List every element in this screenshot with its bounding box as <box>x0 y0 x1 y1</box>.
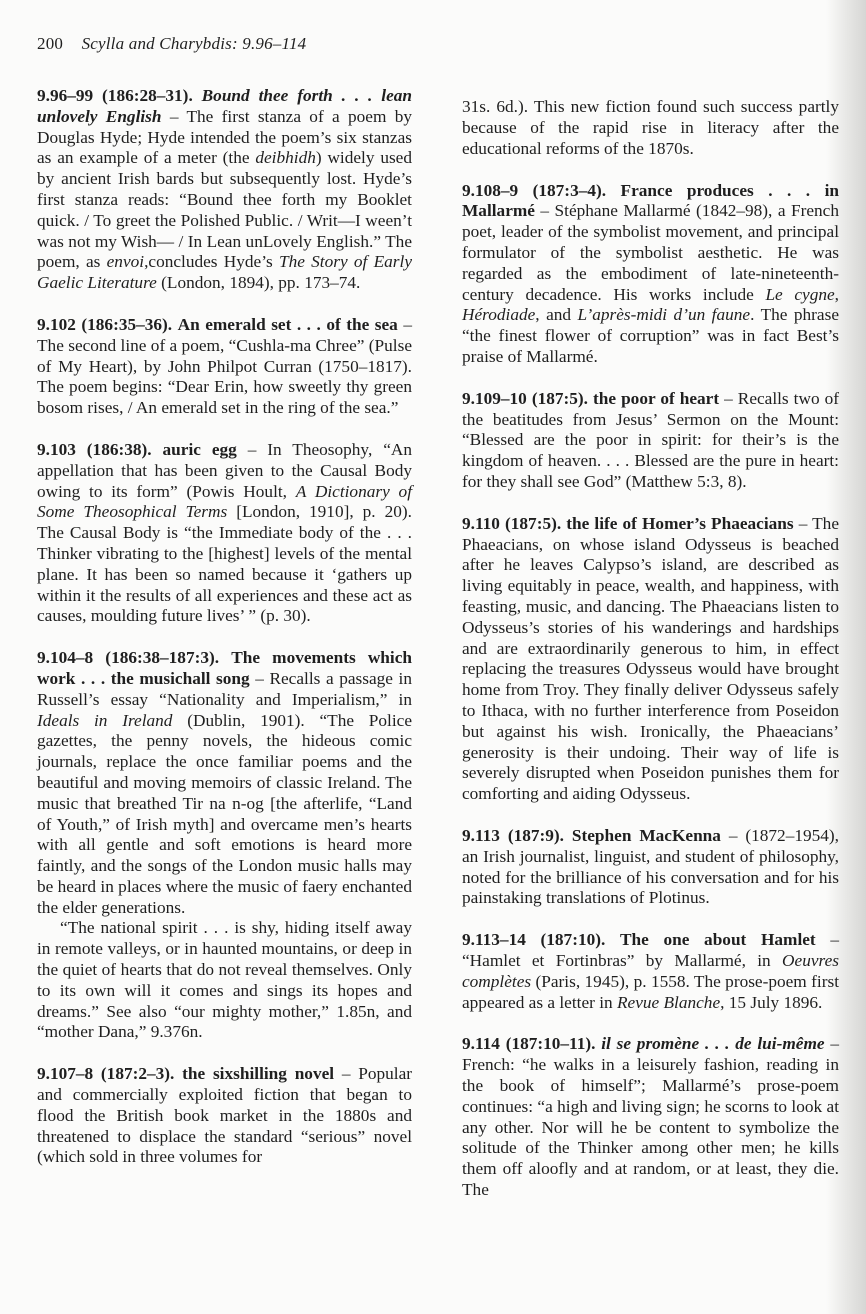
chapter-title: Scylla and Charybdis: 9.96–114 <box>82 34 307 53</box>
gloss-italic: envoi <box>107 252 144 271</box>
lemma: the poor of heart <box>593 389 719 408</box>
continued-text: 31s. 6d.). This new fiction found such s… <box>462 97 839 159</box>
gloss-text: – The Phaeacians, on whose island Odysse… <box>462 514 839 803</box>
annotation-entry: 9.108–9 (187:3–4). France produces . . .… <box>462 181 839 368</box>
annotation-entry: 9.107–8 (187:2–3). the sixshilling novel… <box>37 1064 412 1168</box>
lemma: An emerald set . . . of the sea <box>178 315 398 334</box>
line-reference: 9.108–9 (187:3–4). <box>462 181 606 200</box>
line-reference: 9.110 (187:5). <box>462 514 561 533</box>
line-reference: 9.103 (186:38). <box>37 440 152 459</box>
gloss-text: ,concludes Hyde’s <box>144 252 279 271</box>
work-title: Hérodiade <box>462 305 535 324</box>
line-reference: 9.113 (187:9). <box>462 826 564 845</box>
annotation-entry: 9.114 (187:10–11). il se promène . . . d… <box>462 1034 839 1200</box>
lemma: auric egg <box>163 440 237 459</box>
annotation-entry: 9.113–14 (187:10). The one about Hamlet … <box>462 930 839 1013</box>
running-head: 200 Scylla and Charybdis: 9.96–114 <box>37 34 306 54</box>
lemma: Stephen MacKenna <box>572 826 721 845</box>
quoted-paragraph: “The national spirit . . . is shy, hidin… <box>37 918 412 1043</box>
gloss-text: (Dublin, 1901). “The Police gazettes, th… <box>37 711 412 917</box>
page-number: 200 <box>37 34 63 53</box>
gloss-text: , <box>835 285 839 304</box>
line-reference: 9.102 (186:35–36). <box>37 315 172 334</box>
journal-title: Revue Blanche <box>617 993 720 1012</box>
right-column: 31s. 6d.). This new fiction found such s… <box>462 80 839 1222</box>
book-title: Ideals in Ireland <box>37 711 172 730</box>
gloss-text: – French: “he walks in a leisurely fashi… <box>462 1034 839 1199</box>
gloss-italic: deibhidh <box>255 148 315 167</box>
lemma: the sixshilling novel <box>182 1064 334 1083</box>
line-reference: 9.96–99 (186:28–31). <box>37 86 193 105</box>
annotation-entry: 9.102 (186:35–36). An emerald set . . . … <box>37 315 412 419</box>
annotation-entry: 9.110 (187:5). the life of Homer’s Phaea… <box>462 514 839 805</box>
line-reference: 9.107–8 (187:2–3). <box>37 1064 174 1083</box>
annotation-entry: 9.113 (187:9). Stephen MacKenna – (1872–… <box>462 826 839 909</box>
lemma: the life of Homer’s Phaeacians <box>566 514 793 533</box>
left-column: 9.96–99 (186:28–31). Bound thee forth . … <box>37 86 412 1189</box>
annotation-entry: 9.109–10 (187:5). the poor of heart – Re… <box>462 389 839 493</box>
work-title: L’après-midi d’un faune <box>577 305 750 324</box>
gloss-text: , and <box>535 305 577 324</box>
line-reference: 9.114 (187:10–11). <box>462 1034 595 1053</box>
annotation-entry: 9.96–99 (186:28–31). Bound thee forth . … <box>37 86 412 294</box>
annotation-entry: 9.104–8 (186:38–187:3). The movements wh… <box>37 648 412 1043</box>
line-reference: 9.104–8 (186:38–187:3). <box>37 648 219 667</box>
lemma: The one about Hamlet <box>620 930 816 949</box>
lemma: il se promène . . . de lui-même <box>601 1034 824 1053</box>
gloss-text: (London, 1894), pp. 173–74. <box>157 273 361 292</box>
line-reference: 9.113–14 (187:10). <box>462 930 605 949</box>
work-title: Le cygne <box>765 285 834 304</box>
gloss-text: , 15 July 1896. <box>720 993 822 1012</box>
annotation-entry: 9.103 (186:38). auric egg – In Theosophy… <box>37 440 412 627</box>
line-reference: 9.109–10 (187:5). <box>462 389 588 408</box>
